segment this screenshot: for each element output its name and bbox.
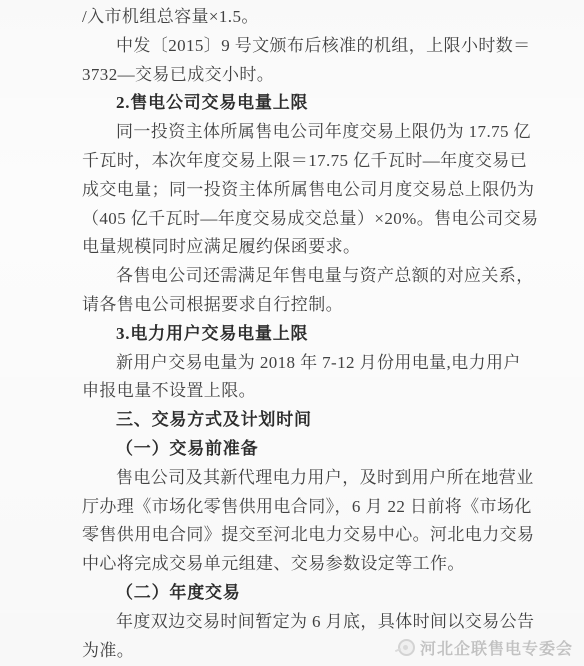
body-text-line: /入市机组总容量×1.5。 <box>82 3 542 32</box>
document-page: /入市机组总容量×1.5。中发〔2015〕9 号文颁布后核准的机组，上限小时数＝… <box>0 0 584 666</box>
document-body: /入市机组总容量×1.5。中发〔2015〕9 号文颁布后核准的机组，上限小时数＝… <box>82 3 542 665</box>
body-text-line: 新用户交易电量为 2018 年 7-12 月份用电量,电力用户 <box>82 349 542 378</box>
body-text-line: 请各售电公司根据要求自行控制。 <box>82 291 542 320</box>
body-text-line: 售电公司及其新代理电力用户，及时到用户所在地营业 <box>82 464 542 493</box>
body-text-line: 中发〔2015〕9 号文颁布后核准的机组，上限小时数＝ <box>82 32 542 61</box>
watermark: 河北企联售电专委会 <box>398 636 573 659</box>
body-text-line: 同一投资主体所属售电公司年度交易上限仍为 17.75 亿 <box>82 118 542 147</box>
watermark-logo-icon <box>398 639 415 656</box>
body-text-line: 电量规模同时应满足履约保函要求。 <box>82 233 542 262</box>
body-text-line: 厅办理《市场化零售供用电合同》，6 月 22 日前将《市场化 <box>82 493 542 522</box>
heading-line: 3.电力用户交易电量上限 <box>82 320 542 349</box>
body-text-line: 中心将完成交易单元组建、交易参数设定等工作。 <box>82 550 542 579</box>
watermark-text: 河北企联售电专委会 <box>420 636 573 659</box>
body-text-line: 3732—交易已成交小时。 <box>82 61 542 90</box>
heading-line: （二）年度交易 <box>82 579 542 608</box>
heading-line: （一）交易前准备 <box>82 435 542 464</box>
heading-line: 三、交易方式及计划时间 <box>82 406 542 435</box>
body-text-line: 成交电量；同一投资主体所属售电公司月度交易总上限仍为 <box>82 176 542 205</box>
body-text-line: 千瓦时，本次年度交易上限＝17.75 亿千瓦时—年度交易已 <box>82 147 542 176</box>
heading-line: 2.售电公司交易电量上限 <box>82 89 542 118</box>
body-text-line: 年度双边交易时间暂定为 6 月底，具体时间以交易公告 <box>82 608 542 637</box>
body-text-line: 各售电公司还需满足年售电量与资产总额的对应关系， <box>82 262 542 291</box>
body-text-line: （405 亿千瓦时—年度交易成交总量）×20%。售电公司交易 <box>82 205 542 234</box>
body-text-line: 零售供用电合同》提交至河北电力交易中心。河北电力交易 <box>82 521 542 550</box>
body-text-line: 申报电量不设置上限。 <box>82 377 542 406</box>
